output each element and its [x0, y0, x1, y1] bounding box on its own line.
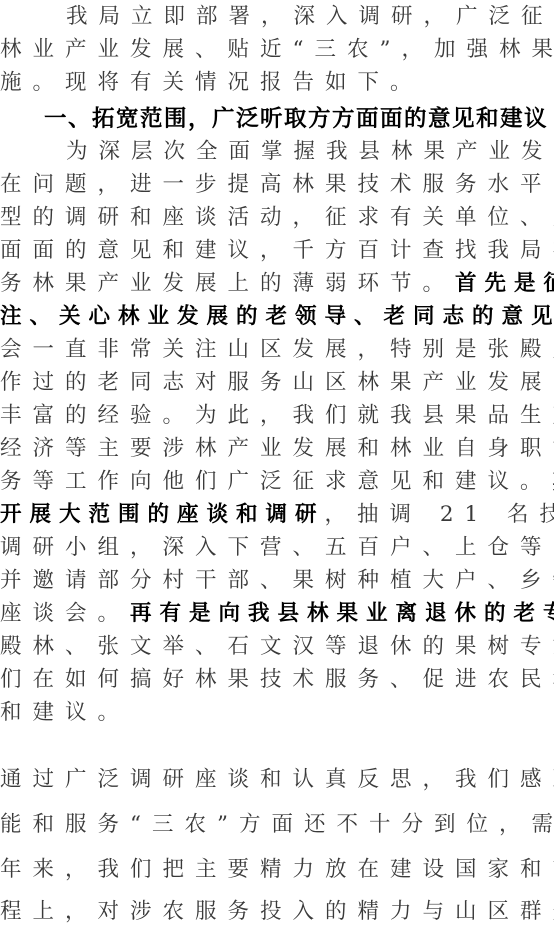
reflection-line-4: 程上，对涉农服务投入的精力与山区群众的实际需求有一: [0, 897, 554, 927]
document-page: 我局立即部署，深入调研，广泛征求意见，制定了加快 林业产业发展、贴近“三农”，加…: [0, 0, 554, 929]
body-line: 为深层次全面掌握我县林果产业发展现状，客观分析存: [66, 137, 554, 167]
body-text: 为深层次全面掌握我县林果产业发展现状，客观分析存: [66, 139, 554, 164]
body-text: 经济等主要涉林产业发展和林业自身职能发挥、搞好涉农服: [0, 436, 554, 461]
emphasis-text: 开展大范围的座谈和调研: [0, 502, 325, 527]
body-line: 殿林、张文举、石文汉等退休的果树专家进行座谈，听取他: [0, 632, 554, 662]
body-line: 在问题，进一步提高林果技术服务水平，我们组织了不同类: [0, 170, 554, 200]
body-text: 在问题，进一步提高林果技术服务水平，我们组织了不同类: [0, 172, 554, 197]
emphasis-text: 再有是向我县林果业离退休的老专家咨询: [130, 601, 554, 626]
intro-line-1: 我局立即部署，深入调研，广泛征求意见，制定了加快: [66, 2, 554, 32]
body-text: 调研小组，深入下营、五百户、上仓等 15 个乡镇进行调研，: [0, 535, 554, 560]
body-text: 会一直非常关注山区发展，特别是张殿义等在林业战线上工: [0, 337, 554, 362]
body-line: 型的调研和座谈活动，征求有关单位、乡镇、村和户等方方: [0, 203, 554, 233]
body-line: 务林果产业发展上的薄弱环节。首先是征求县老促会和关: [0, 269, 554, 299]
body-text: ，抽调 21 名技术人员，成立 4 个: [325, 502, 554, 527]
reflection-line-3: 年来，我们把主要精力放在建设国家和市级造林绿化重点工: [0, 855, 554, 885]
body-text: 和建议。: [0, 700, 130, 725]
body-line: 丰富的经验。为此，我们就我县果品生产、种苗花卉、林下: [0, 401, 554, 431]
body-line: 开展大范围的座谈和调研，抽调 21 名技术人员，成立 4 个: [0, 500, 554, 530]
body-text: 作过的老同志对服务山区林果产业发展，促进农民增收有着: [0, 370, 554, 395]
body-line: 面面的意见和建议，千方百计查找我局在贴近“三农”、服: [0, 236, 554, 266]
body-line: 务等工作向他们广泛征求意见和建议。其次是深入乡镇、村: [0, 467, 554, 497]
body-line: 和建议。: [0, 698, 554, 728]
body-line: 经济等主要涉林产业发展和林业自身职能发挥、搞好涉农服: [0, 434, 554, 464]
emphasis-text: 首先是征求县老促会和关: [455, 271, 554, 296]
body-text: 座谈会。: [0, 601, 130, 626]
body-text: 们在如何搞好林果技术服务、促进农民增收等方面好的意见: [0, 667, 554, 692]
body-text: 丰富的经验。为此，我们就我县果品生产、种苗花卉、林下: [0, 403, 554, 428]
body-text: 务林果产业发展上的薄弱环节。: [0, 271, 455, 296]
reflection-line-2: 能和服务“三农”方面还不十分到位，需要进一步提高。近: [0, 810, 554, 840]
body-text: 型的调研和座谈活动，征求有关单位、乡镇、村和户等方方: [0, 205, 554, 230]
section-heading: 一、拓宽范围，广泛听取方方面面的意见和建议: [44, 103, 554, 135]
body-line: 座谈会。再有是向我县林果业离退休的老专家咨询，邀请张: [0, 599, 554, 629]
body-text: 殿林、张文举、石文汉等退休的果树专家进行座谈，听取他: [0, 634, 554, 659]
body-text: 并邀请部分村干部、果树种植大户、乡镇林业技术能手参加: [0, 568, 554, 593]
body-text: 面面的意见和建议，千方百计查找我局在贴近“三农”、服: [0, 238, 554, 263]
body-line: 注、关心林业发展的老领导、老同志的意见和建议，县老促: [0, 302, 554, 332]
body-line: 调研小组，深入下营、五百户、上仓等 15 个乡镇进行调研，: [0, 533, 554, 563]
body-line: 作过的老同志对服务山区林果产业发展，促进农民增收有着: [0, 368, 554, 398]
body-text: 务等工作向他们广泛征求意见和建议。: [0, 469, 553, 494]
body-line: 会一直非常关注山区发展，特别是张殿义等在林业战线上工: [0, 335, 554, 365]
emphasis-text: 注、关心林业发展的老领导、老同志的意见和建议: [0, 304, 554, 329]
intro-line-3: 施。现将有关情况报告如下。: [0, 68, 554, 98]
body-line: 并邀请部分村干部、果树种植大户、乡镇林业技术能手参加: [0, 566, 554, 596]
body-line: 们在如何搞好林果技术服务、促进农民增收等方面好的意见: [0, 665, 554, 695]
intro-line-2: 林业产业发展、贴近“三农”，加强林果技术服务的具体措: [0, 35, 554, 65]
reflection-line-1: 通过广泛调研座谈和认真反思，我们感到我局在发挥自身职: [0, 765, 554, 795]
